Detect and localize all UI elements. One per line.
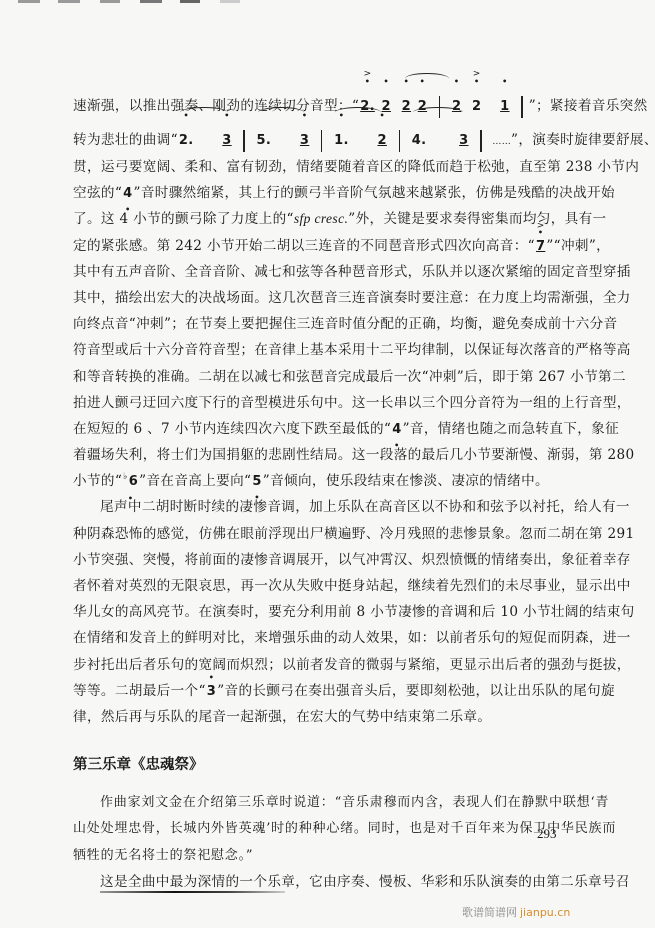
text-line: 华儿女的高风亮节。在演奏时，要充分利用前 8 小节凄惨的音调和后 10 小节壮阔… [73, 599, 575, 625]
bar-line [521, 96, 523, 118]
text-line: 在短短的 6 、7 小节内连续四次六度下跌至最低的“4•”音，情绪也随之而急转直… [73, 416, 575, 442]
text-line: 作曲家刘文金在介绍第三乐章时说道：“音乐肃穆而内含，表现人们在静默中联想‘青 [73, 790, 575, 816]
text-line: 转为悲壮的曲调“ •2. •3 5. •3 •1. •2 4. 3 …… ”，演… [73, 120, 575, 154]
text-line: 了。这 4 小节的颤弓除了力度上的“sfp cresc.”外，关键是要求奏得密集… [73, 206, 575, 232]
bar-line [480, 130, 482, 152]
jianpu-note: •1. [333, 121, 350, 161]
text-fragment: 空弦的“ [73, 185, 122, 201]
text-fragment: ”外，关键是要求奏得密集而均匀，具有一 [348, 211, 606, 227]
text-line: 律，然后再与乐队的尾音一起渐强，在宏大的气势中结束第二乐章。 [73, 704, 575, 730]
text-fragment: ”“冲刺”， [546, 238, 610, 254]
text-line: 其中，描绘出宏大的决战场面。这几次琶音三连音演奏时要注意：在力度上均需渐强，全力 [73, 285, 575, 311]
jianpu-note: 4. [411, 121, 428, 161]
text-line: 山处处埋忠骨，长城内外皆英魂’时的种种心绪。同时，也是对千百年来为保卫中华民族而 [73, 816, 575, 842]
text-line: 在情绪和发音上的鲜明对比，来增强乐曲的动人效果，如：以前者乐句的短促而阴森，进一 [73, 625, 575, 651]
bar-line [399, 130, 401, 152]
text-line: 定的紧张感。第 242 小节开始二胡以三连音的不同琶音形式四次向高音：“>•7”… [73, 233, 575, 259]
jianpu-note-flat: ♭6• [122, 469, 139, 496]
text-fragment: ”音，情绪也随之而急转直下，象征 [403, 421, 619, 437]
jianpu-note: >•7 [535, 234, 546, 260]
jianpu-note: 4• [122, 181, 133, 207]
book-page-body: 速渐强，以推出强奏、刚劲的连续切分音型：“ >•2. •2 •2 •2 •2 >… [73, 86, 575, 895]
bar-line [321, 130, 323, 152]
watermark-cn: 歌谱简谱网 [462, 906, 517, 919]
ellipsis: …… [492, 137, 511, 147]
watermark: 歌谱简谱网jianpu.cn [462, 904, 570, 920]
spacer [73, 730, 575, 750]
text-fragment: 了。这 4 小节的颤弓除了力度上的“ [73, 211, 294, 227]
section-heading: 第三乐章《忠魂祭》 [73, 750, 575, 780]
text-fragment: 小节的“ [73, 473, 122, 489]
text-line: 小节突强、突慢，将前面的凄惨音调展开，以气冲霄汉、炽烈愤慨的情绪奏出，象征着幸存 [73, 547, 575, 573]
text-fragment: ”音的长颤弓在奏出强音头后，要即刻松弛，以让出乐队的尾句旋 [217, 683, 615, 699]
scan-edge-marks [0, 0, 655, 6]
jianpu-note: 5. [256, 121, 273, 161]
text-line: 步衬托出后者乐句的宽阔而炽烈；以前者发音的微弱与紧缩，更显示出后者的强劲与挺拔， [73, 652, 575, 678]
watermark-site: jianpu.cn [520, 906, 570, 919]
jianpu-note: 3 [458, 121, 469, 161]
text-line: 其中有五声音阶、全音音阶、减七和弦等各种琶音形式，乐队并以逐次紧缩的固定音型穿插 [73, 259, 575, 285]
text-line: 牺牲的无名将士的祭祀慰念。” [73, 843, 575, 869]
jianpu-note: •3 [299, 121, 310, 161]
flat-sign-icon: ♭ [123, 472, 128, 482]
page-number: 293 [537, 826, 557, 842]
text-line: 速渐强，以推出强奏、刚劲的连续切分音型：“ >•2. •2 •2 •2 •2 >… [73, 86, 575, 120]
text-line: 拍进人颤弓迂回六度下行的音型模进乐句中。这一长串以三个四分音符为一组的上行音型， [73, 390, 575, 416]
dynamic-marking: sfp cresc. [294, 211, 348, 226]
text-line: 空弦的“4•”音时骤然缩紧，其上行的颤弓半音阶气氛越来越紧张，仿佛是残酷的决战开… [73, 180, 575, 206]
jianpu-note: •3 [206, 679, 217, 705]
text-line: 尾声中二胡时断时续的凄惨音调，加上乐队在高音区以不协和和弦予以衬托，给人有一 [73, 494, 575, 520]
text-fragment: 等等。二胡最后一个“ [73, 683, 206, 699]
text-fragment: ”音在音高上要向“ [139, 473, 251, 489]
text-line: 向终点音“冲刺”；在节奏上要把握住三连音时值分配的正确，均衡，避免奏成前十六分音 [73, 311, 575, 337]
bar-line [243, 130, 245, 152]
text-fragment: 定的紧张感。第 242 小节开始二胡以三连音的不同琶音形式四次向高音：“ [73, 238, 535, 254]
text-line: 和等音转换的准确。二胡在以减七和弦琶音完成最后一次“冲刺”后，即于第 267 小… [73, 364, 575, 390]
text-fragment: 转为悲壮的曲调“ [73, 132, 178, 148]
jianpu-note: 4• [391, 417, 402, 443]
text-fragment: 在短短的 6 、7 小节内连续四次六度下跌至最低的“ [73, 421, 391, 437]
jianpu-note: •2. [178, 121, 195, 161]
text-line: 者怀着对英烈的无限哀思，再一次从失败中挺身站起，继续着先烈们的未尽事业，显示出中 [73, 573, 575, 599]
jianpu-note: •2 [376, 121, 387, 161]
text-fragment: ”音倾向，使乐段结束在惨淡、凄凉的情绪中。 [263, 473, 549, 489]
scan-artifact-rule [100, 891, 285, 893]
text-line: 种阴森恐怖的感觉，仿佛在眼前浮现出尸横遍野、冷月残照的悲惨景象。忽而二胡在第 2… [73, 521, 575, 547]
text-line: 小节的“♭6•”音在音高上要向“5•”音倾向，使乐段结束在惨淡、凄凉的情绪中。 [73, 468, 575, 494]
text-line: 着疆场失利，将士们为国捐躯的悲剧性结局。这一段落的最后几小节要渐慢、渐弱，第 2… [73, 442, 575, 468]
text-fragment: ”；紧接着音乐突然 [529, 98, 648, 114]
jianpu-notation: •2. •3 5. •3 •1. •2 4. 3 …… [178, 120, 511, 162]
text-line: 符音型或后十六分音符音型；在音律上基本采用十二平均律制，以保证每次落音的严格等高 [73, 337, 575, 363]
jianpu-note: 5• [251, 469, 262, 495]
text-fragment: ”，演奏时旋律要舒展、连 [511, 132, 655, 148]
text-fragment: ”音时骤然缩紧，其上行的颤弓半音阶气氛越来越紧张，仿佛是残酷的决战开始 [134, 185, 615, 201]
text-line: 等等。二胡最后一个“•3”音的长颤弓在奏出强音头后，要即刻松弛，以让出乐队的尾句… [73, 678, 575, 704]
jianpu-note: •3 [221, 121, 232, 161]
